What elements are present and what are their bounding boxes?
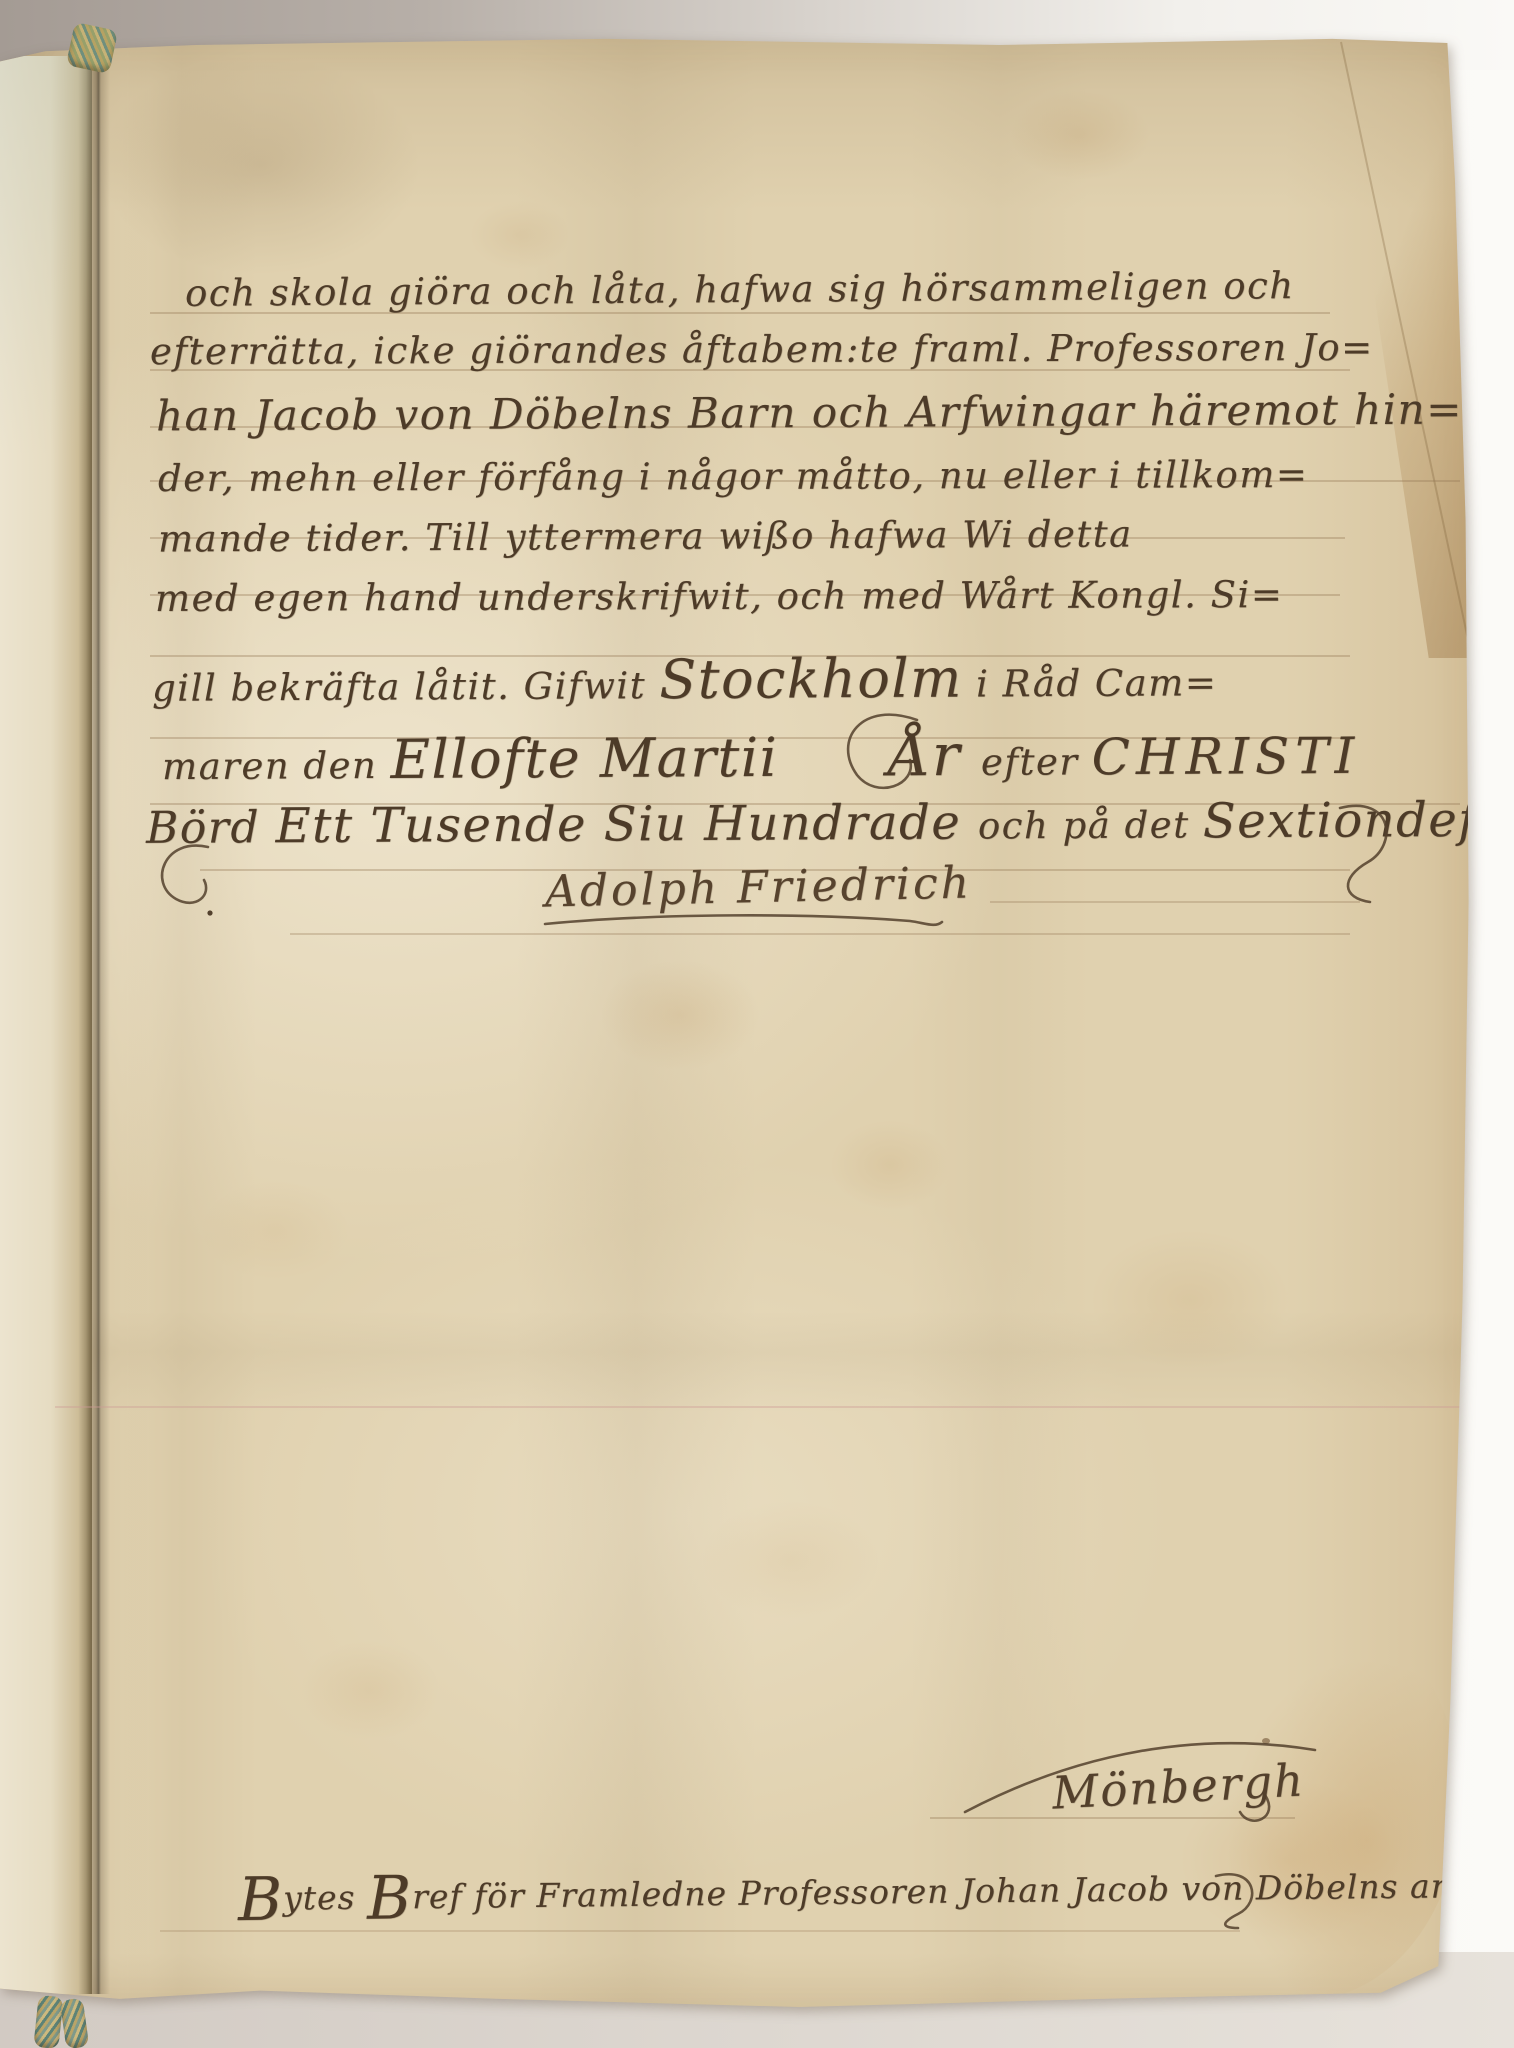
facing-page-edge-tint bbox=[0, 56, 92, 556]
manuscript-line-8-date: maren den Ellofte MartiiÅr efter CHRISTI bbox=[162, 719, 1361, 793]
manuscript-line-3: han Jacob von Döbelns Barn och Arfwingar… bbox=[156, 385, 1463, 441]
binding-cord-top bbox=[66, 22, 118, 74]
parchment-page-wrap: och skola giöra och låta, hafwa sig hörs… bbox=[0, 0, 1514, 2048]
manuscript-line-6: med egen hand underskrifwit, och med Wår… bbox=[155, 573, 1283, 620]
docket-initial-b1: B bbox=[238, 1865, 284, 1935]
stain bbox=[200, 1180, 350, 1280]
manuscript-line-4: der, mehn eller förfång i någor måtto, n… bbox=[158, 453, 1309, 500]
fold-line bbox=[55, 1406, 1465, 1408]
manuscript-line-7: gill bekräfta låtit. Gifwit Stockholm i … bbox=[152, 645, 1218, 714]
docket-rest-1: ytes bbox=[283, 1878, 367, 1918]
signature-underline-flourish bbox=[540, 908, 950, 938]
parchment-page: och skola giöra och låta, hafwa sig hörs… bbox=[0, 0, 1514, 2048]
manuscript-line-9-date: Börd Ett Tusende Siu Hundrade och på det… bbox=[146, 791, 1514, 855]
date1-efter: efter bbox=[981, 740, 1092, 784]
date2-small: och på det bbox=[978, 803, 1203, 847]
date2-year-words: Ett Tusende Siu Hundrade bbox=[275, 795, 978, 855]
date1-christi: CHRISTI bbox=[1092, 727, 1361, 786]
stain bbox=[1010, 90, 1150, 180]
ink-flourish-bord bbox=[146, 835, 218, 920]
stain bbox=[1090, 1230, 1290, 1370]
ruled-line bbox=[990, 901, 1360, 903]
stain bbox=[830, 1120, 950, 1210]
ink-flourish-line-end bbox=[1328, 790, 1403, 905]
stain bbox=[300, 1640, 440, 1740]
ink-flourish-docket-end bbox=[1208, 1862, 1266, 1932]
ruled-line bbox=[160, 1930, 1240, 1932]
binding-gutter-crease bbox=[86, 48, 110, 1994]
manuscript-line-5: mande tider. Till yttermera wißo hafwa W… bbox=[158, 512, 1133, 560]
date1-ellofte: Ellofte bbox=[390, 727, 600, 791]
line7-pre: gill bekräfta låtit. Gifwit bbox=[152, 664, 660, 710]
manuscript-scan: och skola giöra och låta, hafwa sig hörs… bbox=[0, 0, 1514, 2048]
manuscript-line-2: efterrätta, icke giörandes åftabem:te fr… bbox=[150, 326, 1374, 373]
stain bbox=[600, 960, 760, 1070]
date1-pre: maren den bbox=[162, 744, 391, 788]
line7-post: i Råd Cam= bbox=[963, 661, 1218, 705]
stain bbox=[470, 200, 570, 270]
ink-flourish-date bbox=[822, 700, 932, 800]
manuscript-line-1: och skola giöra och låta, hafwa sig hörs… bbox=[185, 264, 1295, 315]
stain bbox=[700, 1500, 880, 1620]
docket-initial-b2: B bbox=[367, 1863, 413, 1933]
date1-martii: Martii bbox=[600, 726, 779, 790]
binding-cord-bottom-strand-1 bbox=[33, 1995, 63, 2048]
patch-top-left bbox=[100, 55, 420, 275]
